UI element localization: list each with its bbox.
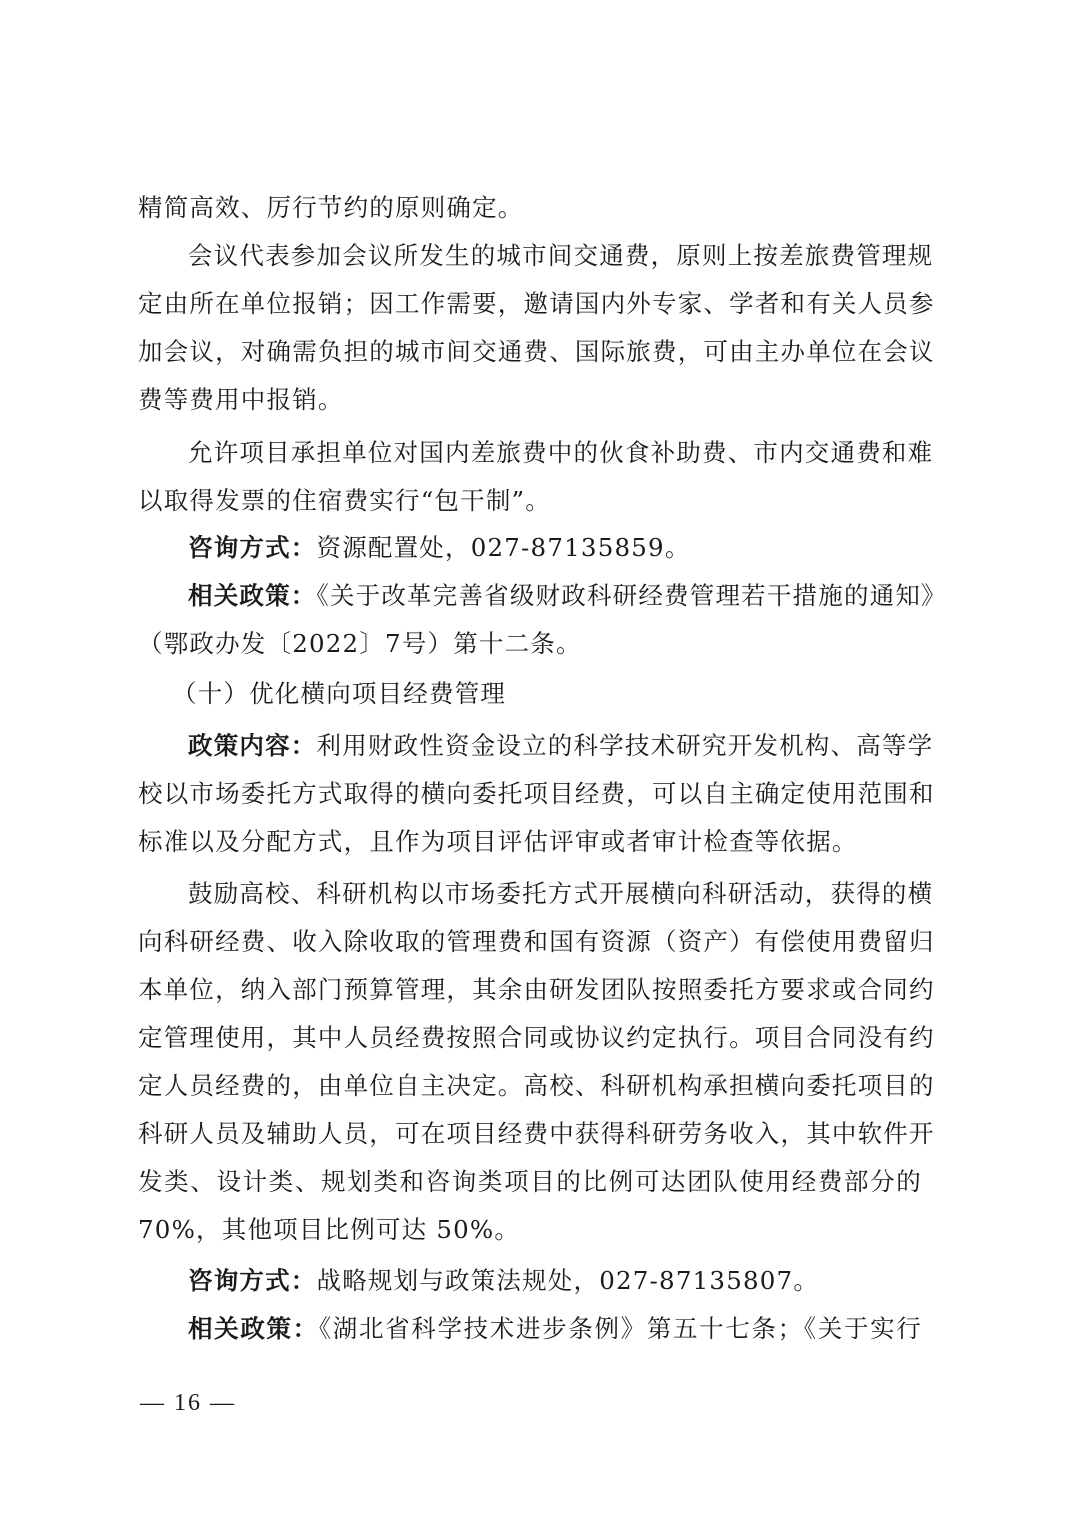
policy-label: 相关政策： [188, 581, 317, 610]
text-line: 允许项目承担单位对国内差旅费中的伙食补助费、市内交通费和难 [138, 435, 922, 471]
content-line: 标准以及分配方式，且作为项目评估评审或者审计检查等依据。 [138, 824, 922, 860]
contact-label: 咨询方式： [188, 1266, 317, 1295]
text-line: 定由所在单位报销；因工作需要，邀请国内外专家、学者和有关人员参 [138, 286, 922, 322]
para-line: 70%，其他项目比例可达 50%。 [138, 1212, 922, 1248]
page-number: — 16 — [140, 1388, 236, 1418]
policy-text: 《关于改革完善省级财政科研经费管理若干措施的通知》 [317, 581, 947, 610]
policy-line-2: 相关政策：《湖北省科学技术进步条例》第五十七条；《关于实行 [138, 1311, 922, 1347]
para-line: 本单位，纳入部门预算管理，其余由研发团队按照委托方要求或合同约 [138, 972, 922, 1008]
text-line: 精简高效、厉行节约的原则确定。 [138, 190, 922, 226]
content-line: 校以市场委托方式取得的横向委托项目经费，可以自主确定使用范围和 [138, 776, 922, 812]
text-line: 费等费用中报销。 [138, 382, 922, 418]
para-line: 科研人员及辅助人员，可在项目经费中获得科研劳务收入，其中软件开 [138, 1116, 922, 1152]
policy-label: 相关政策： [188, 1314, 319, 1343]
policy-text: 《湖北省科学技术进步条例》第五十七条；《关于实行 [319, 1314, 922, 1343]
contact-text: 战略规划与政策法规处，027-87135807。 [317, 1266, 820, 1295]
policy-cont-line: （鄂政办发〔2022〕7号）第十二条。 [138, 626, 922, 662]
policy-line-1: 相关政策：《关于改革完善省级财政科研经费管理若干措施的通知》 [138, 578, 922, 614]
contact-line-2: 咨询方式：战略规划与政策法规处，027-87135807。 [138, 1263, 922, 1299]
para-line: 向科研经费、收入除收取的管理费和国有资源（资产）有偿使用费留归 [138, 924, 922, 960]
content-line: 政策内容：利用财政性资金设立的科学技术研究开发机构、高等学 [138, 728, 922, 764]
contact-label: 咨询方式： [188, 533, 317, 562]
para-line: 定管理使用，其中人员经费按照合同或协议约定执行。项目合同没有约 [138, 1020, 922, 1056]
para-line: 定人员经费的，由单位自主决定。高校、科研机构承担横向委托项目的 [138, 1068, 922, 1104]
text-line: 会议代表参加会议所发生的城市间交通费，原则上按差旅费管理规 [138, 238, 922, 274]
text-line: 以取得发票的住宿费实行“包干制”。 [138, 483, 922, 519]
text-line: 加会议，对确需负担的城市间交通费、国际旅费，可由主办单位在会议 [138, 334, 922, 370]
para-line: 鼓励高校、科研机构以市场委托方式开展横向科研活动，获得的横 [138, 876, 922, 912]
section-heading: （十）优化横向项目经费管理 [138, 676, 922, 712]
contact-line-1: 咨询方式：资源配置处，027-87135859。 [138, 530, 922, 566]
para-line: 发类、设计类、规划类和咨询类项目的比例可达团队使用经费部分的 [138, 1164, 922, 1200]
content-label: 政策内容： [188, 731, 317, 760]
contact-text: 资源配置处，027-87135859。 [317, 533, 691, 562]
